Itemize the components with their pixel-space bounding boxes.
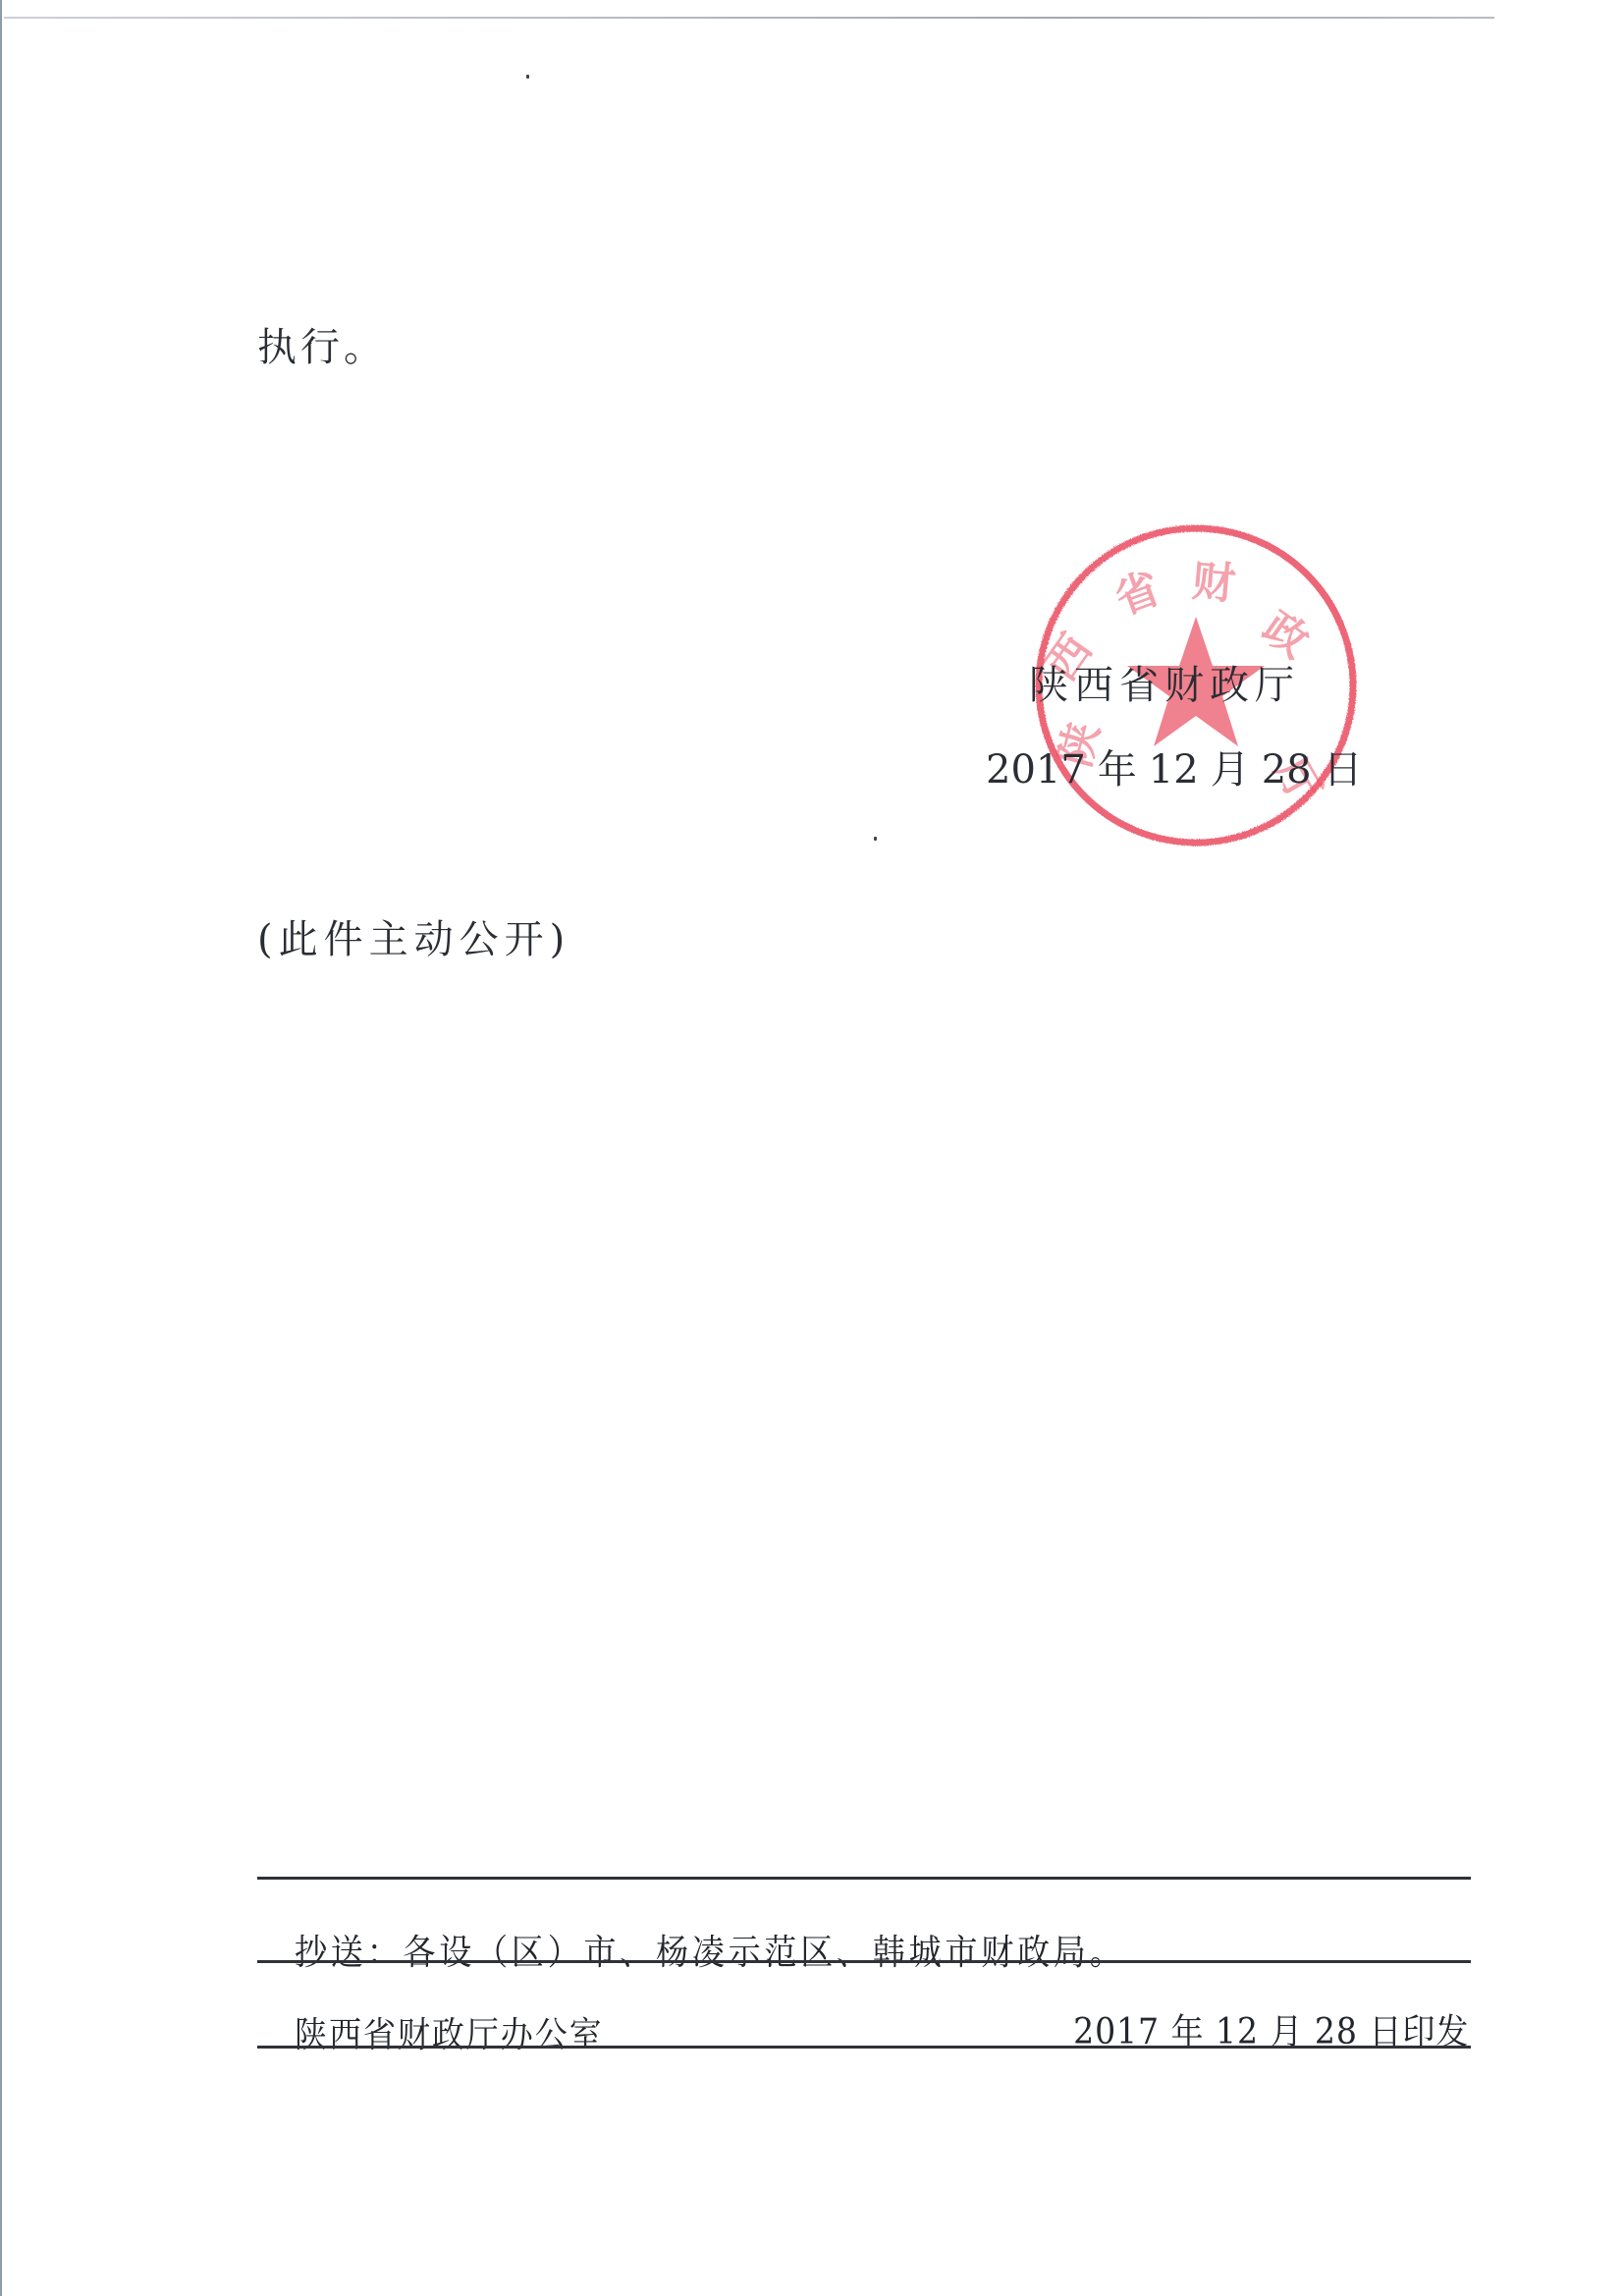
cc-recipients: 抄送：各设（区）市、杨凌示范区、韩城市财政局。 — [295, 1925, 1125, 1975]
scan-edge-line — [4, 17, 1494, 19]
signature-date-day: 28 — [1262, 747, 1312, 793]
scan-speck — [874, 837, 877, 841]
body-text-closing: 执行。 — [257, 316, 387, 372]
svg-text:省: 省 — [1109, 563, 1166, 625]
public-disclosure-note: (此件主动公开) — [257, 908, 570, 964]
signature-date-year-unit: 年 — [1098, 747, 1137, 793]
footer-rule-top — [257, 1877, 1471, 1880]
scan-speck — [526, 75, 529, 79]
svg-text:财: 财 — [1190, 556, 1237, 610]
scan-left-edge — [0, 0, 2, 2296]
footer-rule-bottom — [257, 2046, 1471, 2049]
document-page: 执行。 省 财 政 西 陕 厅 陕西省财政厅 2017年12月28日 (此件主动… — [0, 0, 1624, 2296]
signature-date-month: 12 — [1149, 747, 1199, 793]
signature-date-month-unit: 月 — [1211, 747, 1250, 793]
signature-date-year: 2017 — [986, 747, 1086, 793]
signature-date-day-unit: 日 — [1324, 747, 1363, 793]
issuing-office: 陕西省财政厅办公室 — [295, 2007, 604, 2057]
signature-date: 2017年12月28日 — [986, 738, 1375, 794]
signature-organization: 陕西省财政厅 — [1029, 654, 1300, 710]
footer-rule-middle — [257, 1960, 1471, 1963]
